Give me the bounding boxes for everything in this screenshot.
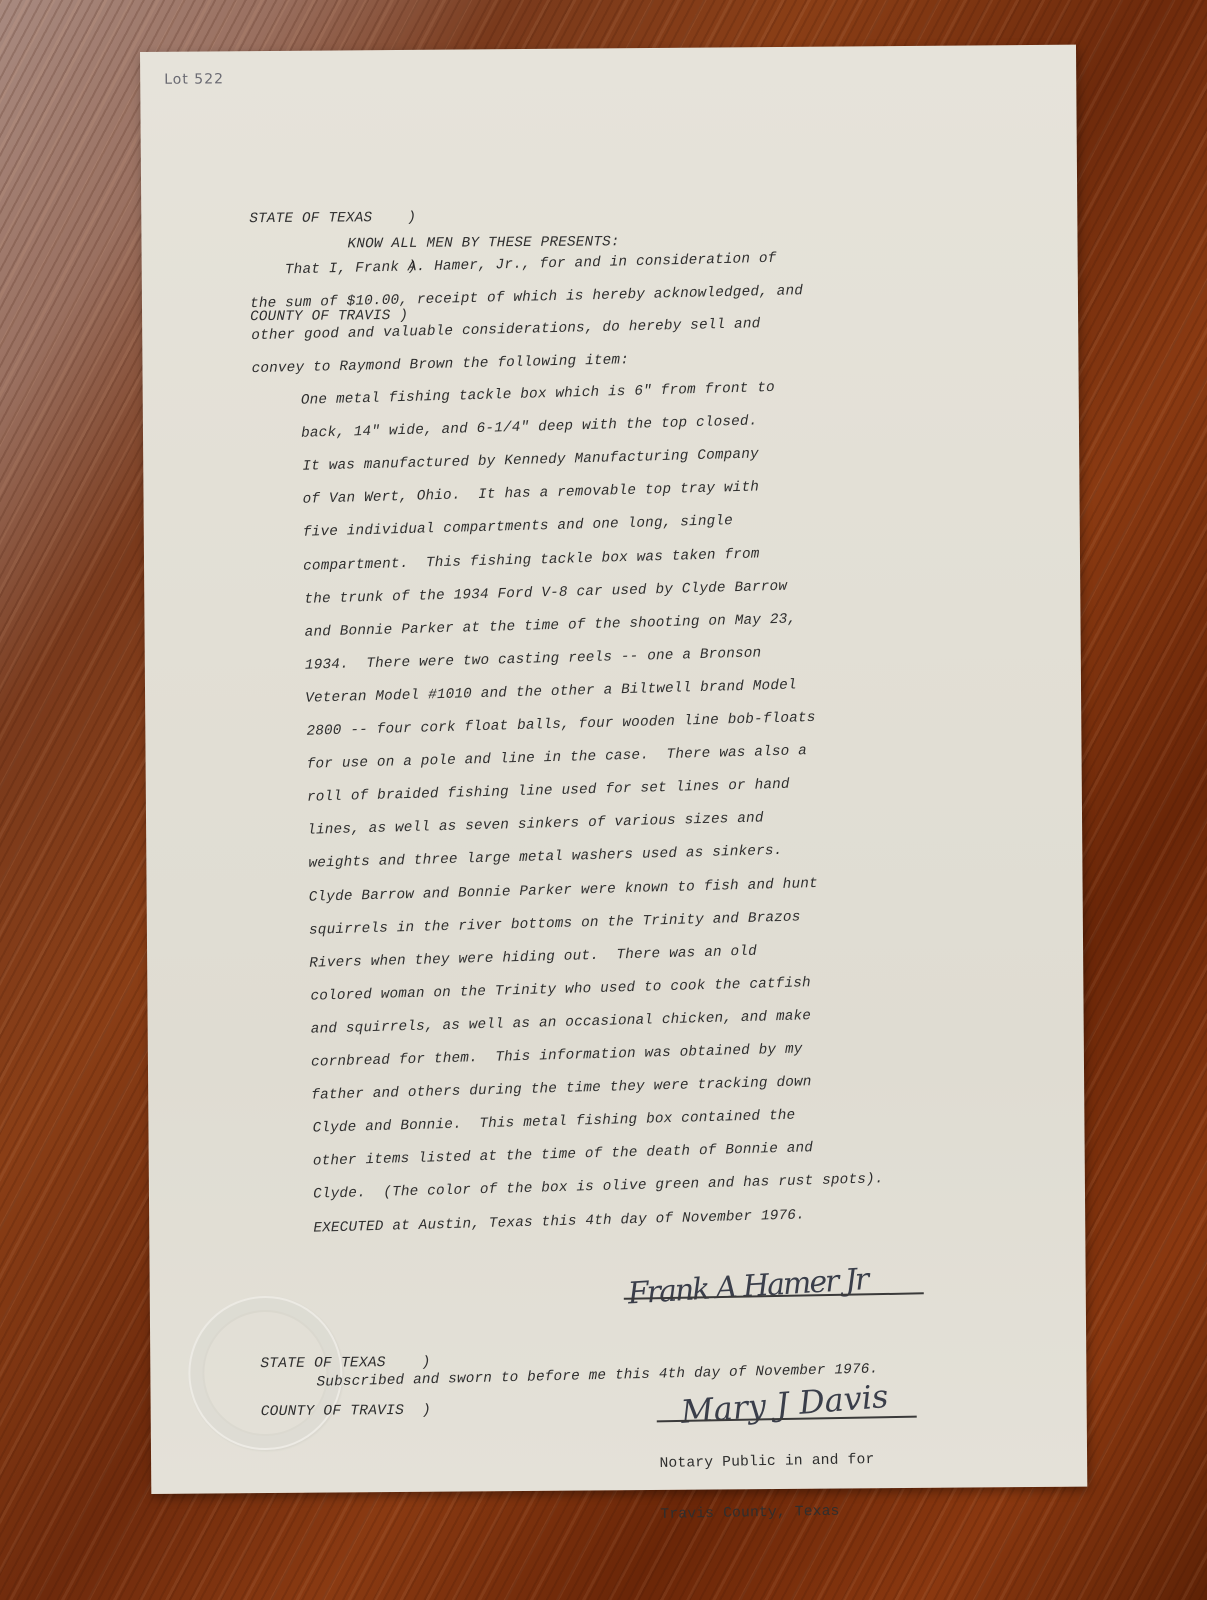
item-description-paragraph: One metal fishing tackle box which is 6"…: [140, 45, 1076, 52]
paragraph-line: roll of braided fishing line used for se…: [307, 777, 790, 806]
paragraph-line: of Van Wert, Ohio. It has a removable to…: [302, 480, 759, 508]
paragraph-line: Clyde. (The color of the box is olive gr…: [313, 1172, 884, 1203]
preamble: KNOW ALL MEN BY THESE PRESENTS:: [347, 234, 619, 252]
notary-title: Notary Public in and for Travis County, …: [659, 1420, 876, 1555]
paragraph-line: It was manufactured by Kennedy Manufactu…: [302, 447, 759, 475]
paragraph-line: cornbread for them. This information was…: [311, 1041, 803, 1070]
paragraph-line: for use on a pole and line in the case. …: [306, 743, 807, 773]
execution-statement: EXECUTED at Austin, Texas this 4th day o…: [313, 1207, 805, 1236]
deed-of-sale-document: Lot 522 STATE OF TEXAS ) ) COUNTY OF TRA…: [140, 45, 1087, 1494]
paragraph-line: Veteran Model #1010 and the other a Bilt…: [305, 677, 797, 706]
paragraph-line: compartment. This fishing tackle box was…: [303, 546, 760, 574]
paragraph-line: 2800 -- four cork float balls, four wood…: [306, 710, 815, 740]
paragraph-line: and Bonnie Parker at the time of the sho…: [304, 611, 796, 640]
venue-state: STATE OF TEXAS ): [249, 210, 416, 227]
paragraph-line: lines, as well as seven sinkers of vario…: [307, 811, 764, 839]
paragraph-line: five individual compartments and one lon…: [303, 513, 733, 541]
paragraph-line: father and others during the time they w…: [311, 1074, 812, 1104]
paragraph-line: colored woman on the Trinity who used to…: [310, 975, 811, 1005]
notary-title-line: Notary Public in and for: [659, 1452, 874, 1472]
paragraph-line: the trunk of the 1934 Ford V-8 car used …: [304, 578, 787, 607]
notary-venue-county: COUNTY OF TRAVIS ): [261, 1403, 431, 1420]
paragraph-line: Rivers when they were hiding out. There …: [309, 943, 757, 971]
handwritten-lot-number: Lot 522: [164, 71, 224, 87]
paragraph-line: and squirrels, as well as an occasional …: [310, 1008, 811, 1038]
notary-venue-state: STATE OF TEXAS ): [260, 1355, 430, 1372]
paragraph-line: Clyde and Bonnie. This metal fishing box…: [312, 1108, 795, 1137]
paragraph-line: other items listed at the time of the de…: [312, 1140, 813, 1170]
notary-title-line: Travis County, Texas: [660, 1503, 875, 1523]
paragraph-line: weights and three large metal washers us…: [308, 843, 782, 872]
paragraph-line: Clyde Barrow and Bonnie Parker were know…: [308, 875, 817, 905]
paragraph-line: 1934. There were two casting reels -- on…: [305, 645, 762, 673]
paragraph-line: squirrels in the river bottoms on the Tr…: [309, 909, 801, 938]
seller-signature: Frank A Hamer Jr: [627, 1262, 868, 1311]
opening-paragraph: That I, Frank A. Hamer, Jr., for and in …: [140, 45, 1076, 52]
paragraph-line: One metal fishing tackle box which is 6"…: [301, 380, 775, 409]
paragraph-line: back, 14" wide, and 6-1/4" deep with the…: [301, 413, 758, 441]
